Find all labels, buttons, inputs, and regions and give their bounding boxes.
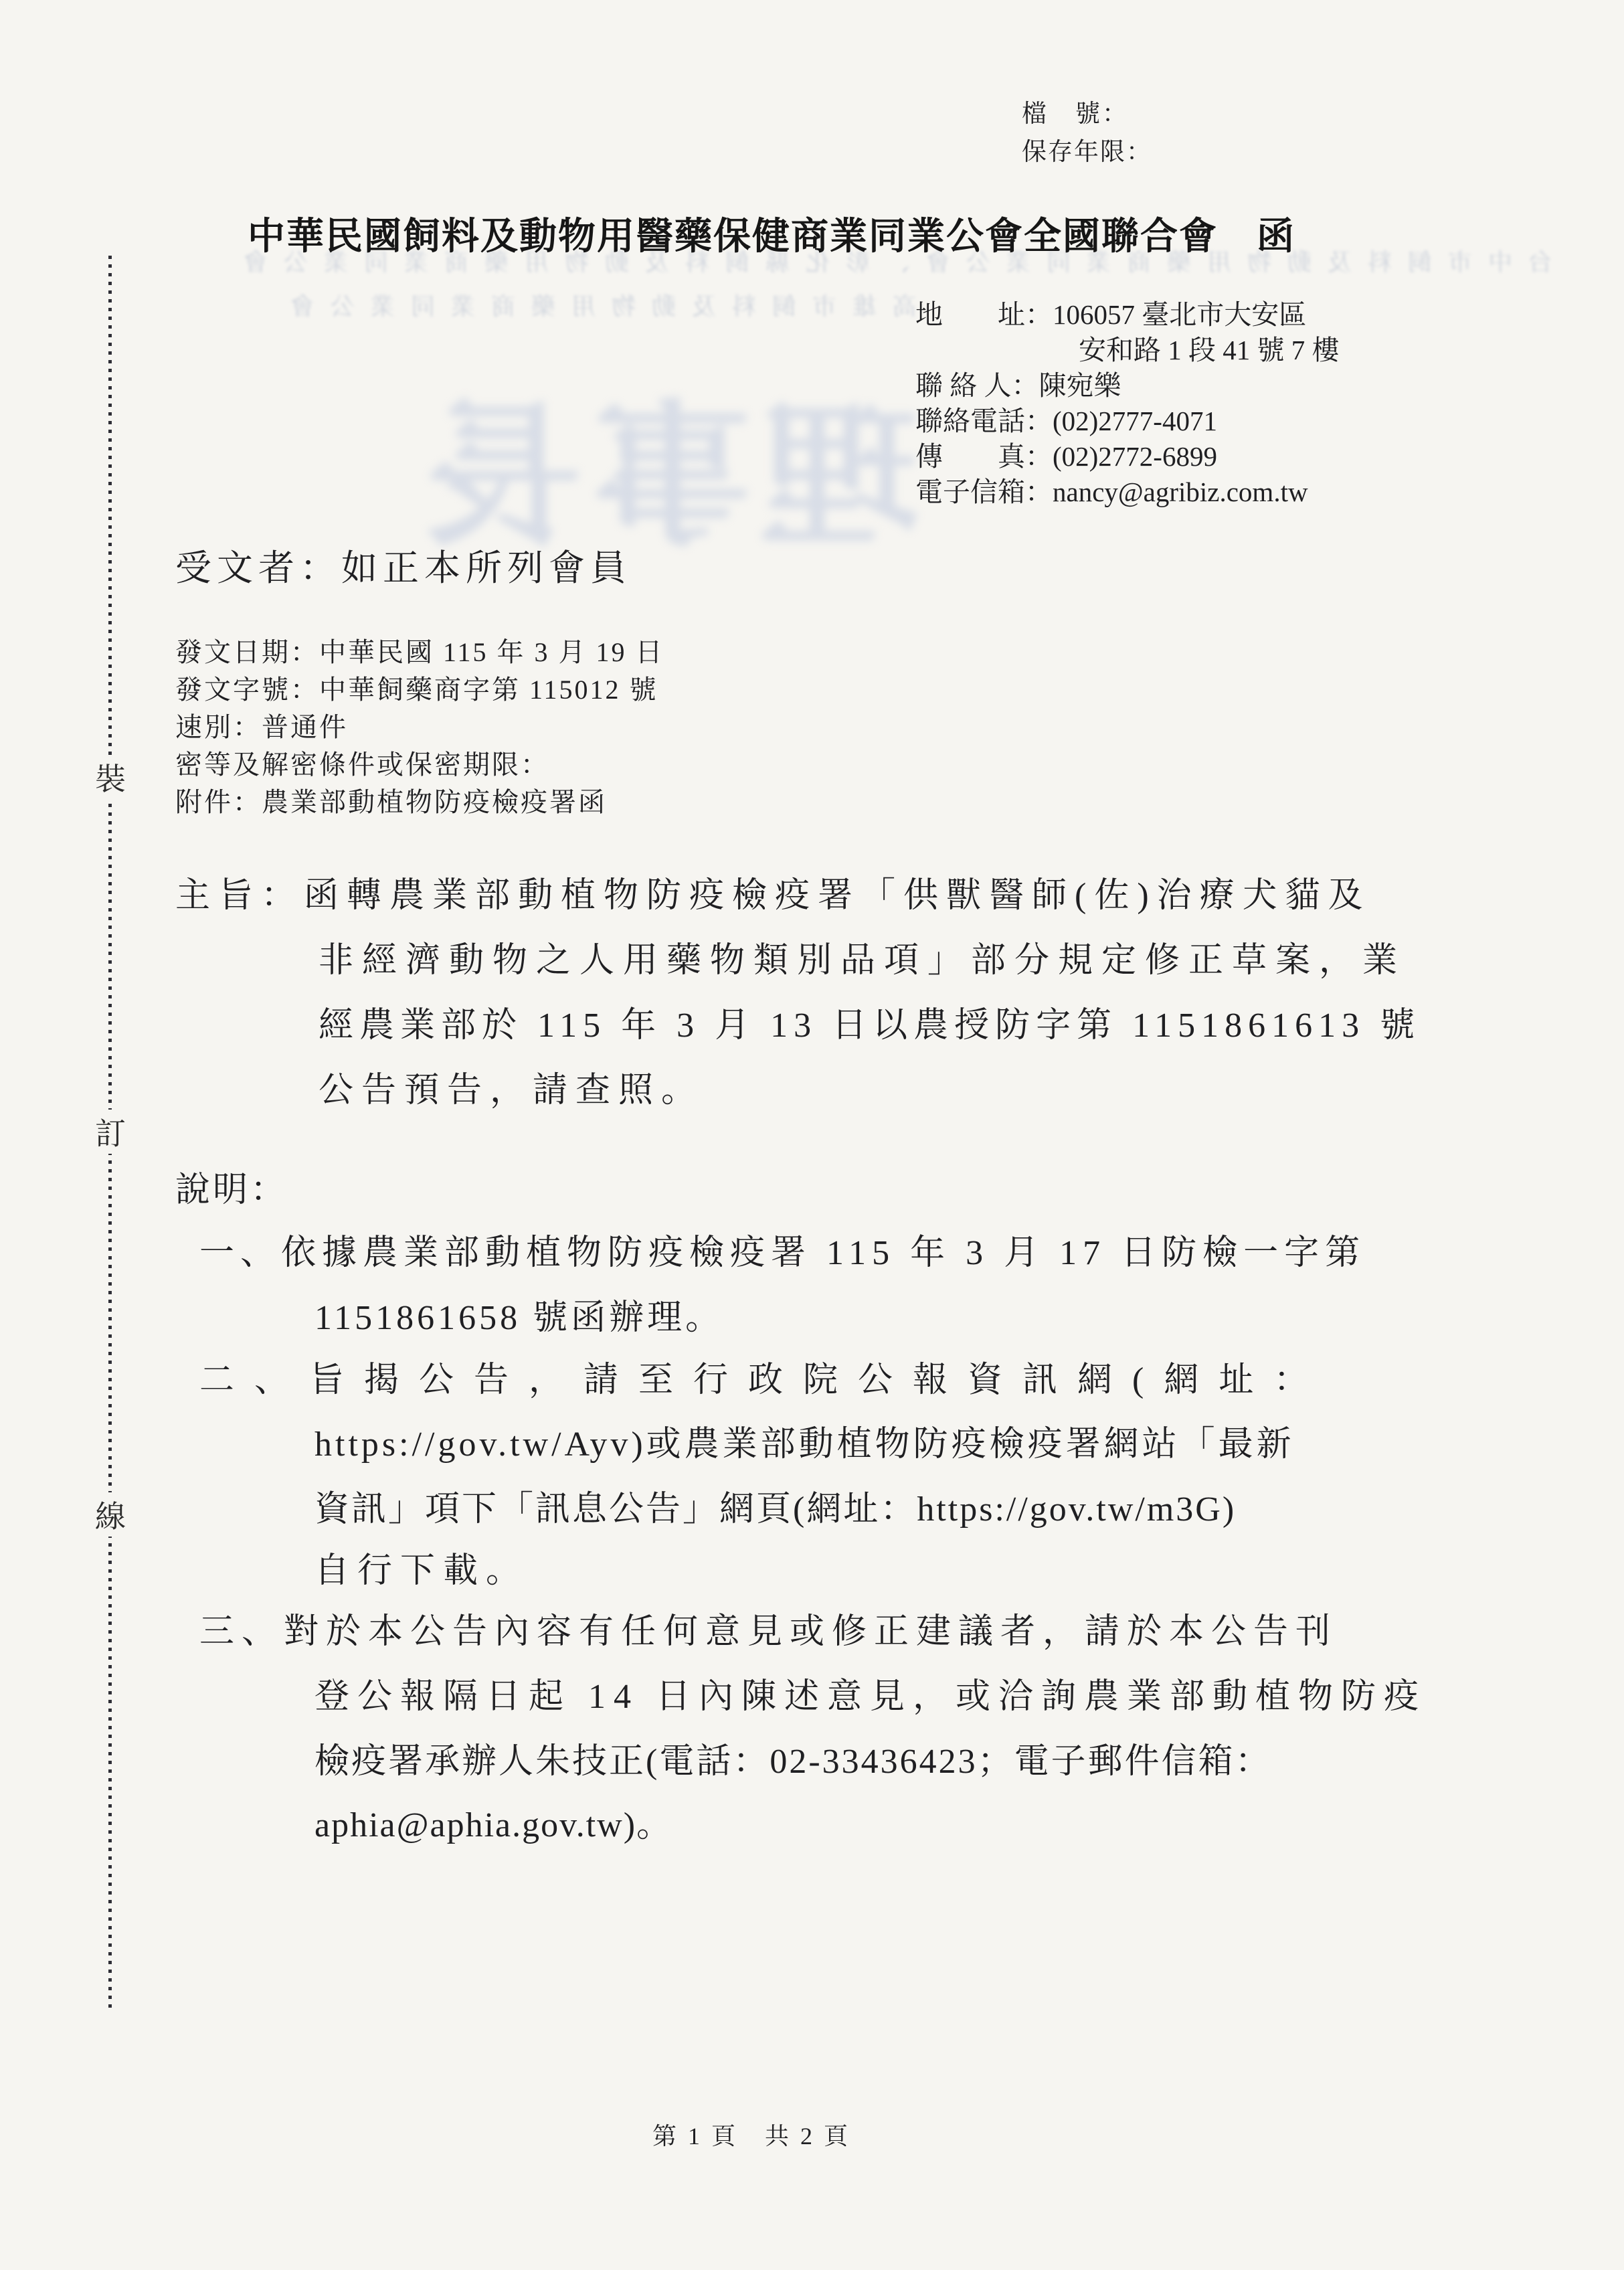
subject-line-2: 非經濟動物之人用藥物類別品項」部分規定修正草案，業	[319, 941, 1406, 981]
file-number-label: 檔 號：	[1022, 100, 1129, 129]
meta-security: 密等及解密條件或保密期限：	[175, 750, 549, 780]
bleedthrough-text-line-2: 高雄市飼料及動物用藥商業同業公會	[207, 293, 917, 321]
explanation-item-2-line-3: 資訊」項下「訊息公告」網頁(網址：https://gov.tw/m3G)	[314, 1490, 1236, 1530]
explanation-item-3-line-3: 檢疫署承辦人朱技正(電話：02-33436423；電子郵件信箱：	[314, 1742, 1272, 1782]
subject-line-3: 經農業部於 115 年 3 月 13 日以農授防字第 1151861613 號	[319, 1006, 1421, 1046]
explanation-item-2-line-2: https://gov.tw/Ayv)或農業部動植物防疫檢疫署網站「最新	[314, 1425, 1295, 1465]
meta-attachment: 附件：農業部動植物防疫檢疫署函	[175, 787, 607, 818]
sender-fax: 傳 真：(02)2772-6899	[915, 441, 1217, 472]
sender-phone: 聯絡電話：(02)2777-4071	[915, 406, 1217, 437]
subject-line-4: 公告預告，請查照。	[319, 1071, 704, 1111]
explanation-item-3-line-1: 三、對於本公告內容有任何意見或修正建議者，請於本公告刊	[199, 1612, 1338, 1652]
explanation-item-1-line-2: 1151861658 號函辦理。	[314, 1298, 723, 1338]
bleedthrough-signature-mark: 理事長	[415, 388, 919, 569]
explanation-item-1-line-1: 一、依據農業部動植物防疫檢疫署 115 年 3 月 17 日防檢一字第	[199, 1233, 1366, 1274]
page-footer: 第 1 頁 共 2 頁	[652, 2123, 850, 2150]
explanation-heading: 說明：	[175, 1170, 288, 1211]
binding-mark-xian: 線	[94, 1492, 127, 1537]
subject-line-1: 主旨：函轉農業部動植物防疫檢疫署「供獸醫師(佐)治療犬貓及	[175, 876, 1371, 916]
binding-mark-ding: 訂	[94, 1110, 127, 1154]
sender-address-line-2: 安和路 1 段 41 號 7 樓	[1079, 335, 1340, 366]
sender-contact-person: 聯 絡 人：陳宛樂	[915, 370, 1121, 402]
explanation-item-2-line-4: 自行下載。	[314, 1551, 529, 1591]
binding-mark-zhuang: 裝	[94, 755, 127, 799]
explanation-item-2-line-1: 二、旨揭公告，請至行政院公報資訊網(網址：	[199, 1361, 1328, 1401]
meta-issue-date: 發文日期：中華民國 115 年 3 月 19 日	[175, 637, 664, 668]
recipient-line: 受文者：如正本所列會員	[175, 547, 632, 589]
sender-email: 電子信箱：nancy@agribiz.com.tw	[915, 476, 1308, 508]
sender-address-line-1: 地 址：106057 臺北市大安區	[915, 299, 1306, 331]
document-title: 中華民國飼料及動物用醫藥保健商業同業公會全國聯合會 函	[248, 215, 1295, 258]
explanation-item-3-line-2: 登公報隔日起 14 日內陳述意見，或洽詢農業部動植物防疫	[314, 1677, 1427, 1717]
explanation-item-3-line-4: aphia@aphia.gov.tw)。	[314, 1806, 672, 1846]
retention-period-label: 保存年限：	[1022, 139, 1152, 167]
meta-priority: 速別：普通件	[175, 712, 348, 743]
meta-doc-number: 發文字號：中華飼藥商字第 115012 號	[175, 675, 658, 705]
scanned-letter-page: 台中市飼料及動物用藥商業同業公會、彰化縣飼料及動物用藥商業同業公會 高雄市飼料及…	[0, 0, 1624, 2270]
